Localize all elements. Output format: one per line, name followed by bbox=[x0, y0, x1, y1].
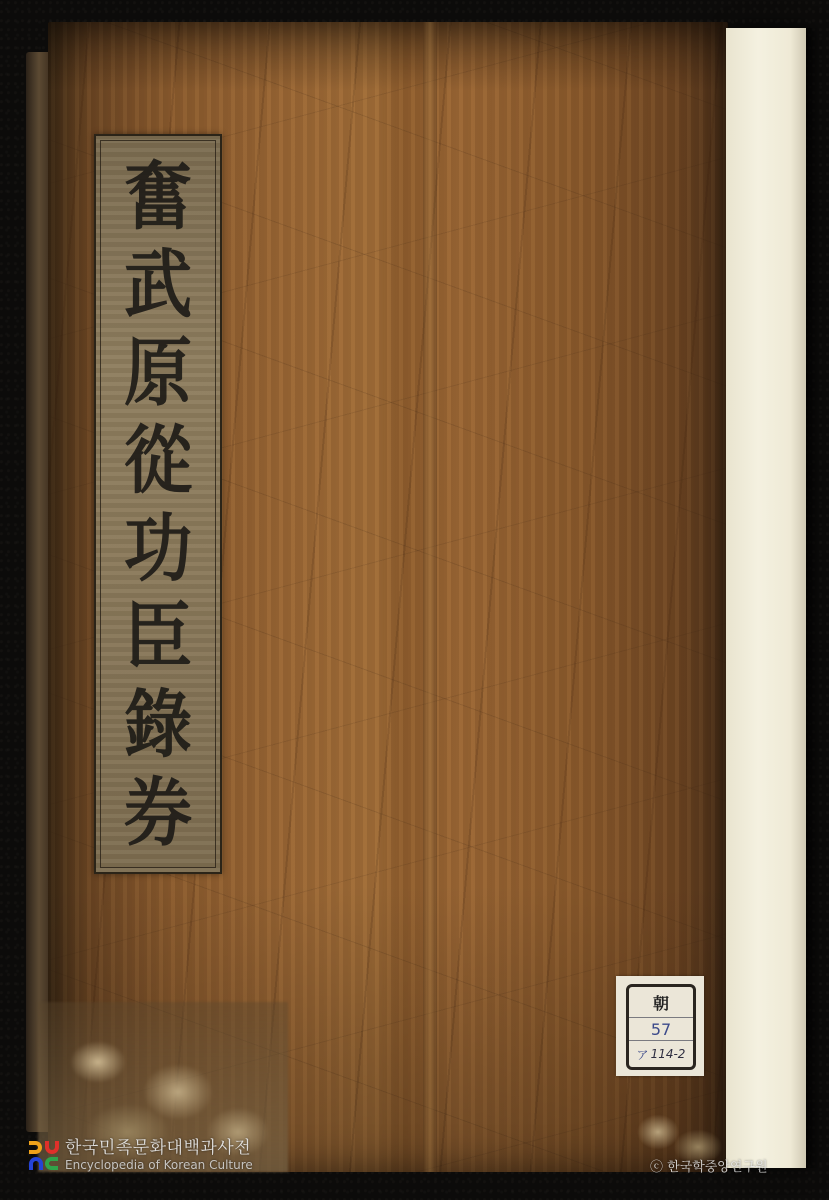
cover-crease bbox=[423, 22, 437, 1172]
title-char: 券 bbox=[124, 774, 192, 852]
encyclopedia-watermark: 한국민족문화대백과사전 Encyclopedia of Korean Cultu… bbox=[29, 1140, 253, 1171]
title-char: 武 bbox=[124, 246, 192, 324]
label-number: 57 bbox=[629, 1018, 693, 1041]
title-slip: 奮 武 原 從 功 臣 錄 券 bbox=[94, 134, 222, 874]
label-mark: ア bbox=[637, 1046, 649, 1063]
label-call-number: ア 114-2 bbox=[629, 1041, 693, 1067]
title-char: 從 bbox=[124, 422, 192, 500]
label-call-number-text: 114-2 bbox=[651, 1047, 686, 1061]
book-cover: 奮 武 原 從 功 臣 錄 券 朝 57 ア 114-2 bbox=[48, 22, 728, 1172]
encykorea-logo-icon bbox=[29, 1141, 59, 1171]
watermark-title-english: Encyclopedia of Korean Culture bbox=[65, 1159, 253, 1171]
label-category: 朝 bbox=[629, 987, 693, 1018]
title-char: 臣 bbox=[124, 598, 192, 676]
title-char: 奮 bbox=[124, 158, 192, 236]
watermark-title-korean: 한국민족문화대백과사전 bbox=[65, 1140, 253, 1157]
book: 奮 武 原 從 功 臣 錄 券 朝 57 ア 114-2 bbox=[48, 22, 808, 1172]
label-frame: 朝 57 ア 114-2 bbox=[626, 984, 696, 1070]
spine-paper-strip bbox=[726, 28, 806, 1168]
library-call-number-label: 朝 57 ア 114-2 bbox=[616, 976, 704, 1076]
title-characters: 奮 武 原 從 功 臣 錄 券 bbox=[96, 158, 220, 852]
copyright-notice: ⓒ 한국학중앙연구원 bbox=[650, 1156, 768, 1175]
title-char: 錄 bbox=[124, 686, 192, 764]
title-char: 功 bbox=[124, 510, 192, 588]
title-char: 原 bbox=[124, 334, 192, 412]
